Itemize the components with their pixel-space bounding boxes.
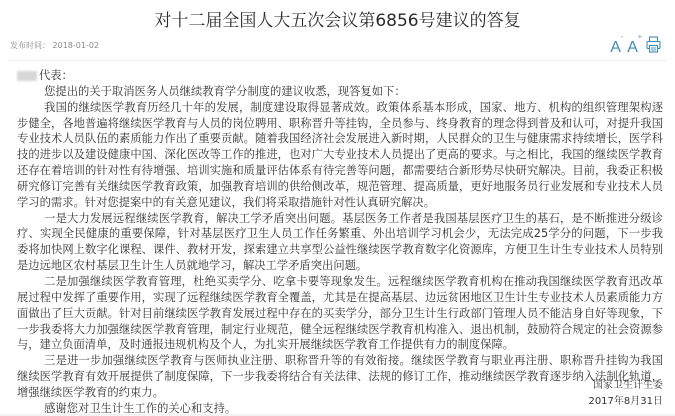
font-increase-label: A [627,39,638,56]
article-body: 代表： 您提出的关于取消医务人员继续教育学分制度的建议收悉，现答复如下： 我国的… [17,68,663,416]
paragraph-intro: 您提出的关于取消医务人员继续教育学分制度的建议收悉，现答复如下： [17,84,663,100]
paragraph-point-one: 一是大力发展远程继续医学教育，解决工学矛盾突出问题。基层医务工作者是我国基层医疗… [17,211,663,274]
signature-block: 国家卫生计生委 2017年8月31日 [588,378,663,410]
greeting: 代表： [17,68,663,84]
meta-row: 发布时间： 2018-01-02 A- A+ [10,38,665,58]
paragraph-point-three: 三是进一步加强继续医学教育与医师执业注册、职称晋升等的有效衔接。继续医学教育与职… [17,353,663,401]
signature-date: 2017年8月31日 [588,394,663,410]
redacted-name [17,71,37,81]
font-increase-button[interactable]: A+ [627,40,642,56]
minus-sup: - [621,34,623,41]
printer-icon [646,36,661,53]
signature-org: 国家卫生计生委 [588,378,663,394]
article-tools: A- A+ [610,35,661,56]
font-decrease-button[interactable]: A- [610,40,623,56]
publish-date: 发布时间： 2018-01-02 [10,40,99,51]
font-decrease-label: A [610,39,621,56]
greeting-text: 代表： [39,68,73,84]
print-button[interactable] [646,35,661,56]
paragraph-background: 我国的继续医学教育历经几十年的发展，制度建设取得显著成效。政策体系基本形成，国家… [17,100,663,211]
plus-sup: + [638,34,642,41]
page-title: 对十二届全国人大五次会议第6856号建议的答复 [0,6,675,31]
header-divider [8,60,667,61]
paragraph-point-two: 二是加强继续医学教育管理，杜绝买卖学分、吃拿卡要等现象发生。远程继续医学教育机构… [17,274,663,353]
